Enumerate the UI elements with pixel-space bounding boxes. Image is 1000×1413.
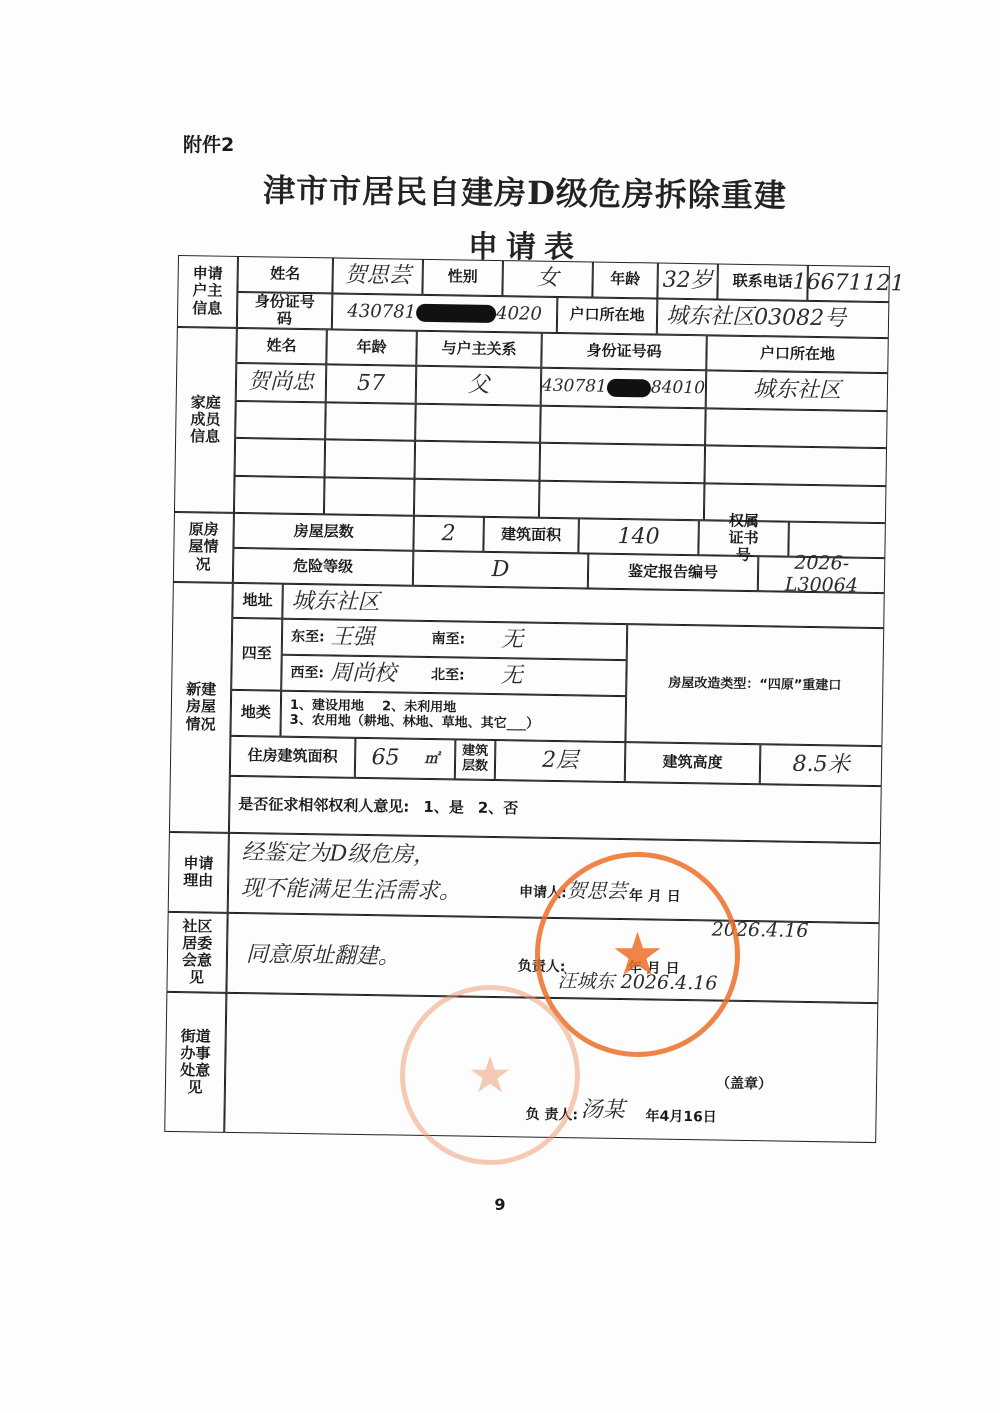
family-header: 身份证号码 (541, 333, 707, 371)
applicant-date-label: 年 月 日 (629, 888, 681, 905)
application-form: 申请户主信息 姓名 贺思芸 性别 女 年龄 32岁 联系电话 16671121 … (164, 255, 890, 1161)
family-cell-name[interactable] (235, 400, 326, 439)
height-label: 建筑高度 (625, 742, 761, 784)
family-cell-name[interactable]: 贺尚忠 (236, 363, 327, 402)
res-area-label: 住房建筑面积 (230, 736, 356, 778)
family-header: 年龄 (326, 329, 417, 365)
land-option-unused[interactable]: 2、未利用地 (382, 699, 456, 715)
new-house-label: 新建房屋情况 (169, 582, 233, 833)
build-floors-label: 建筑层数 (455, 739, 496, 780)
family-cell-relation[interactable] (415, 441, 541, 480)
street-date: 年4月16日 (645, 1108, 716, 1125)
report-value[interactable]: 2026-L30064 (758, 556, 886, 593)
report-label: 鉴定报告编号 (588, 553, 759, 591)
reason-line2[interactable]: 现不能满足生活需求。 (241, 876, 461, 905)
family-cell-name[interactable] (235, 438, 326, 477)
committee-cell: 2026.4.16 同意原址翻建。 负责人: 年 月 日 汪城东 2026.4.… (226, 913, 879, 1003)
committee-signature: 汪城东 (557, 970, 614, 993)
reason-label-text: 申请理由 (182, 855, 215, 890)
family-header: 户口所在地 (706, 335, 889, 373)
east-south-row: 东至:王强 南至:无 (282, 619, 628, 660)
land-option-agricultural[interactable]: 3、农用地（耕地、林地、草地、其它___） (290, 714, 540, 733)
height-value[interactable]: 8.5米 (760, 744, 883, 786)
original-house-text: 原房屋情况 (187, 521, 220, 573)
family-cell-age[interactable] (325, 402, 416, 441)
id-value[interactable]: 4307814020 (332, 293, 558, 333)
danger-value[interactable]: D (413, 551, 589, 589)
family-cell-id[interactable] (539, 480, 705, 520)
family-header: 与户主关系 (416, 331, 542, 368)
family-cell-name[interactable] (234, 475, 325, 514)
address-label: 地址 (232, 583, 283, 619)
street-responsible-label: 负 责人: (525, 1107, 578, 1124)
gender-value[interactable]: 女 (502, 260, 593, 297)
applicant-date-value[interactable]: 2026.4.16 (712, 919, 809, 942)
family-section-label: 家庭成员信息 (174, 327, 237, 513)
id-label: 身份证号码 (237, 292, 333, 329)
family-cell-hukou[interactable]: 城东社区 (706, 370, 889, 410)
phone-value[interactable]: 16671121 (807, 265, 890, 302)
family-cell-age[interactable] (324, 477, 415, 516)
reason-line1[interactable]: 经鉴定为D级危房， (241, 840, 435, 868)
original-house-label: 原房屋情况 (173, 512, 234, 583)
renovation-type[interactable]: 房屋改造类型：“四原”重建口 (625, 624, 884, 746)
east-label: 东至: (291, 629, 325, 646)
west-value[interactable]: 周尚校 (330, 661, 425, 688)
age-label: 年龄 (592, 262, 658, 299)
street-signature[interactable]: 汤某 (580, 1097, 624, 1123)
phone-prefix: 1667 (792, 270, 848, 296)
neighbor-option-no[interactable]: 2、否 (478, 800, 519, 818)
east-value[interactable]: 王强 (330, 625, 425, 652)
family-cell-id[interactable]: 43078184010 (541, 368, 707, 408)
hukou-label: 户口所在地 (557, 297, 658, 335)
west-label: 西至: (290, 665, 324, 682)
north-label: 北至: (431, 667, 465, 684)
id-prefix: 430781 (542, 377, 607, 398)
family-cell-relation[interactable] (414, 478, 540, 517)
form-title: 津市市居民自建房D级危房拆除重建 (25, 163, 1000, 219)
neighbor-label: 是否征求相邻权利人意见: (238, 796, 409, 816)
south-label: 南至: (431, 631, 465, 648)
applicant-sign-label: 申请人: (519, 884, 567, 901)
neighbor-consent-row: 是否征求相邻权利人意见: 1、是 2、否 (229, 776, 882, 843)
page-number: 9 (0, 1195, 1000, 1214)
committee-signature-date[interactable]: 汪城东 2026.4.16 (557, 971, 717, 995)
applicant-name-value[interactable]: 贺思芸 (332, 257, 423, 294)
family-cell-id[interactable] (540, 405, 706, 445)
redaction-mark (416, 304, 496, 323)
street-office-cell: （盖章） 负 责人: 汤某 年4月16日 (224, 993, 878, 1143)
res-area-value[interactable]: 65㎡ (355, 738, 456, 780)
applicant-sign-area: 申请人:贺思芸 (519, 878, 627, 903)
land-type-options: 1、建设用地 2、未利用地 3、农用地（耕地、林地、草地、其它___） (280, 691, 626, 742)
area-label: 建筑面积 (483, 517, 579, 553)
reason-label: 申请理由 (168, 832, 229, 913)
area-value[interactable]: 140 (578, 518, 699, 555)
build-floors-text: 建筑层数 (461, 745, 489, 775)
neighbor-option-yes[interactable]: 1、是 (423, 799, 464, 817)
north-value[interactable]: 无 (470, 663, 522, 689)
id-prefix: 430781 (347, 301, 416, 323)
street-office-label: 街道办事处意见 (164, 992, 226, 1133)
family-cell-age[interactable] (325, 439, 416, 478)
applicant-signature[interactable]: 贺思芸 (566, 878, 626, 903)
family-cell-hukou[interactable] (705, 408, 888, 448)
boundaries-label: 四至 (231, 618, 282, 691)
family-cell-id[interactable] (540, 443, 706, 483)
age-value[interactable]: 32岁 (657, 263, 718, 300)
res-area-number: 65 (371, 745, 399, 771)
applicant-section-text: 申请户主信息 (187, 265, 228, 317)
id-suffix: 84010 (651, 378, 705, 398)
west-north-row: 西至:周尚校 北至:无 (281, 655, 627, 696)
danger-label: 危险等级 (233, 548, 414, 586)
new-house-text: 新建房屋情况 (184, 681, 217, 733)
attachment-label: 附件2 (183, 130, 234, 157)
res-area-unit: ㎡ (424, 751, 438, 767)
scanned-page: 附件2 津市市居民自建房D级危房拆除重建 申请表 申请户主信息 姓名 贺思芸 性… (0, 0, 1000, 1413)
redaction-mark (607, 379, 651, 398)
family-cell-hukou[interactable] (704, 445, 887, 485)
land-type-label: 地类 (230, 690, 281, 737)
build-floors-value[interactable]: 2层 (495, 740, 626, 782)
land-option-construction[interactable]: 1、建设用地 (290, 698, 364, 714)
committee-date-value: 2026.4.16 (621, 971, 718, 995)
street-office-label-text: 街道办事处意见 (175, 1028, 216, 1098)
floors-label: 房屋层数 (233, 513, 414, 551)
reason-cell: 经鉴定为D级危房， 现不能满足生活需求。 申请人:贺思芸 年 月 日 (228, 833, 881, 923)
south-value[interactable]: 无 (471, 627, 523, 653)
family-cell-relation[interactable]: 父 (416, 366, 542, 405)
applicant-section-label: 申请户主信息 (177, 255, 238, 328)
committee-opinion[interactable]: 同意原址翻建。 (246, 942, 400, 970)
phone-suffix: 1121 (848, 271, 904, 297)
family-section-text: 家庭成员信息 (189, 394, 222, 446)
hukou-value[interactable]: 城东社区03082号 (657, 299, 890, 339)
committee-label: 社区居委会意见 (166, 912, 227, 993)
seal-label: （盖章） (716, 1076, 772, 1093)
family-cell-relation[interactable] (415, 403, 541, 442)
gender-label: 性别 (422, 259, 503, 296)
family-cell-age[interactable]: 57 (326, 364, 417, 403)
applicant-name-label: 姓名 (237, 256, 333, 293)
floors-value[interactable]: 2 (413, 516, 484, 552)
id-label-text: 身份证号码 (254, 293, 315, 328)
family-header: 姓名 (236, 328, 327, 364)
id-suffix: 4020 (496, 304, 542, 325)
committee-label-text: 社区居委会意见 (181, 918, 214, 987)
